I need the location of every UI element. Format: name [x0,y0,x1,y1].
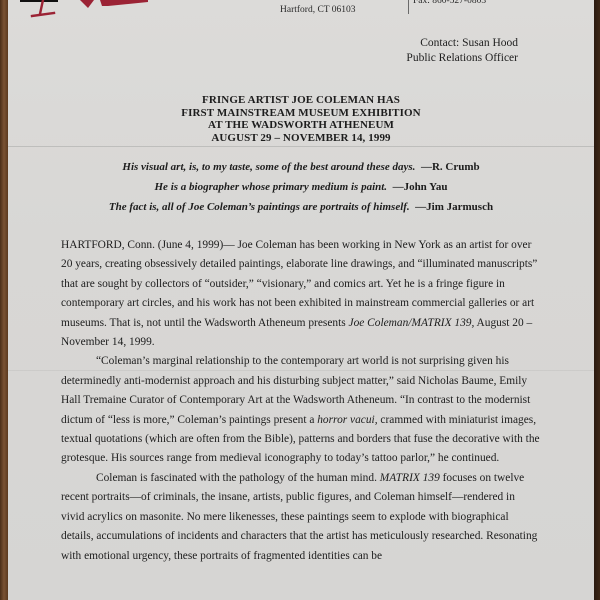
headline-line: AT THE WADSWORTH ATHENEUM [8,119,594,132]
exhibition-title: Joe Coleman/MATRIX 139, [349,317,475,329]
wood-table-right-edge [594,0,600,600]
museum-logo-icon [8,0,148,24]
letterhead-fax: Fax: 860-527-0803 [413,0,486,6]
body-paragraph-3: Coleman is fascinated with the pathology… [61,469,541,566]
headline-line: FIRST MAINSTREAM MUSEUM EXHIBITION [8,107,594,120]
exhibition-name: MATRIX 139 [380,472,440,484]
press-release-page: Hartford, CT 06103 Fax: 860-527-0803 Con… [8,0,594,600]
body-paragraph-2: “Coleman’s marginal relationship to the … [61,352,541,468]
contact-title: Public Relations Officer [406,51,518,66]
headline-line: FRINGE ARTIST JOE COLEMAN HAS [8,94,594,107]
press-release-body: HARTFORD, Conn. (June 4, 1999)— Joe Cole… [61,236,541,566]
letterhead-address: Hartford, CT 06103 [280,5,356,15]
quote-attribution: —John Yau [393,181,448,193]
quote-text: His visual art, is, to my taste, some of… [122,161,415,173]
paper-fold-line [8,146,594,147]
quote-jarmusch: The fact is, all of Joe Coleman’s painti… [8,197,594,217]
quote-crumb: His visual art, is, to my taste, some of… [8,157,594,177]
quote-text: He is a biographer whose primary medium … [155,181,388,193]
letterhead-divider [408,0,409,14]
endorsement-quotes: His visual art, is, to my taste, some of… [8,157,594,217]
headline-line: AUGUST 29 – NOVEMBER 14, 1999 [8,132,594,145]
quote-attribution: —R. Crumb [421,161,480,173]
contact-name: Contact: Susan Hood [406,36,518,51]
body-paragraph-1: HARTFORD, Conn. (June 4, 1999)— Joe Cole… [61,236,541,352]
latin-phrase: horror vacui, [317,414,377,426]
contact-block: Contact: Susan Hood Public Relations Off… [406,36,518,66]
quote-yau: He is a biographer whose primary medium … [8,177,594,197]
letterhead-city-line: Hartford, CT 06103 [280,5,356,15]
wood-table-left-edge [0,0,8,600]
quote-text: The fact is, all of Joe Coleman’s painti… [109,201,410,213]
press-release-headline: FRINGE ARTIST JOE COLEMAN HAS FIRST MAIN… [8,94,594,144]
quote-attribution: —Jim Jarmusch [415,201,493,213]
